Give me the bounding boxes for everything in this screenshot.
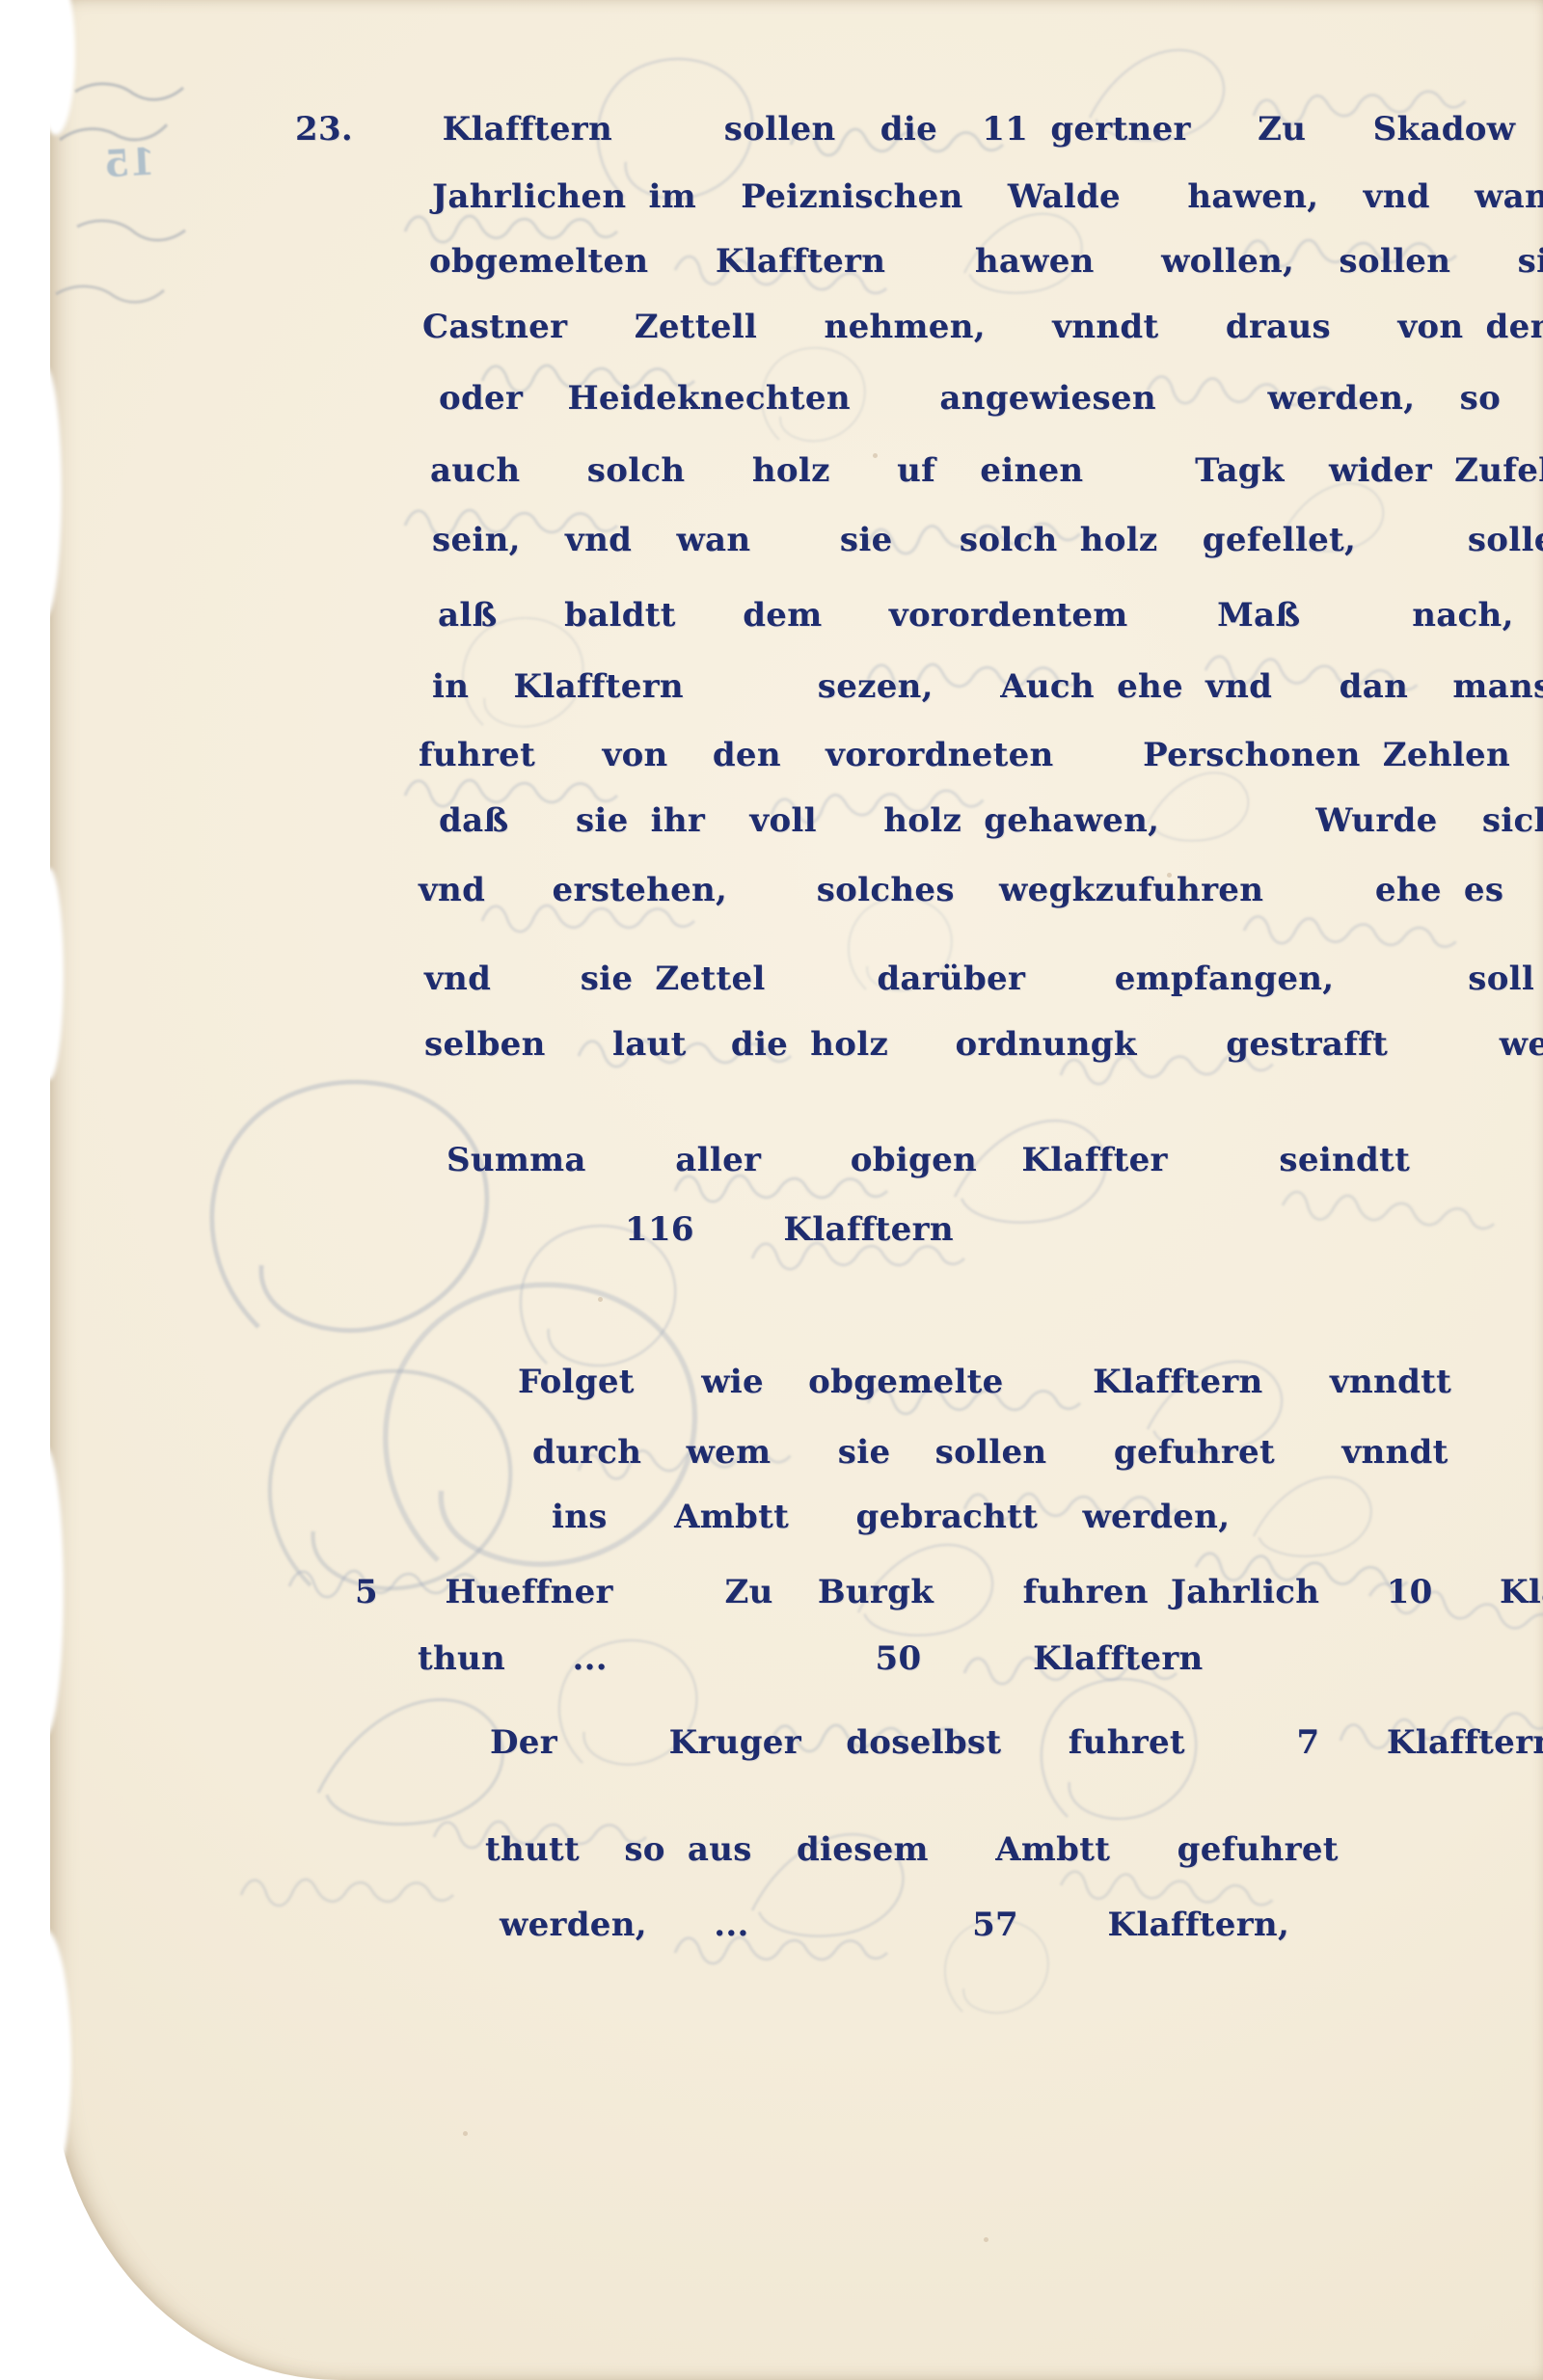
scan-background: { "colors": { "ink": "#1e2c6e", "paper":…	[0, 0, 1543, 2380]
text-line-summa: Summa aller obigen Klaffter seindtt	[447, 1139, 1410, 1181]
text-line: vnd erstehen, solches wegkzufuhren ehe e…	[419, 869, 1543, 911]
text-line: obgemelten Klafftern hawen wollen, solle…	[429, 240, 1543, 283]
text-line: 23. Klafftern sollen die 11 gertner Zu S…	[295, 108, 1543, 150]
text-layer: 23. Klafftern sollen die 11 gertner Zu S…	[0, 0, 1543, 2380]
text-line: Folget wie obgemelte Klafftern vnndtt	[518, 1361, 1451, 1403]
text-line: auch solch holz uf einen Tagk wider Zufe…	[430, 449, 1543, 492]
text-line: ins Ambtt gebrachtt werden,	[552, 1496, 1230, 1538]
text-line: thun ... 50 Klafftern	[418, 1637, 1204, 1680]
text-line: daß sie ihr voll holz gehawen, Wurde sic…	[439, 799, 1543, 842]
text-line: oder Heideknechten angewiesen werden, so…	[439, 377, 1543, 419]
text-line: Castner Zettell nehmen, vnndt draus von …	[422, 306, 1543, 348]
text-line: vnd sie Zettel darüber empfangen, soll d…	[424, 958, 1543, 1000]
text-line: sein, vnd wan sie solch holz gefellet, s…	[432, 519, 1543, 561]
text-line: selben laut die holz ordnungk gestrafft …	[424, 1023, 1543, 1066]
text-line: Jahrlichen im Peiznischen Walde hawen, v…	[432, 176, 1543, 218]
text-line: thutt so aus diesem Ambtt gefuhret	[485, 1828, 1339, 1871]
text-line: in Klafftern sezen, Auch ehe vnd dan man…	[432, 665, 1543, 708]
text-line: Der Kruger doselbst fuhret 7 Klafftern	[490, 1721, 1543, 1764]
text-line: alß baldtt dem vorordentem Maß nach, haw…	[438, 594, 1543, 636]
text-line: durch wem sie sollen gefuhret vnndt	[532, 1431, 1448, 1474]
text-line: werden, ... 57 Klafftern,	[500, 1904, 1289, 1946]
text-line: 5 Hueffner Zu Burgk fuhren Jahrlich 10 K…	[355, 1571, 1543, 1613]
text-line: fuhret von den vorordneten Perschonen Ze…	[419, 734, 1543, 776]
text-line-total: 116 Klafftern	[625, 1208, 954, 1251]
